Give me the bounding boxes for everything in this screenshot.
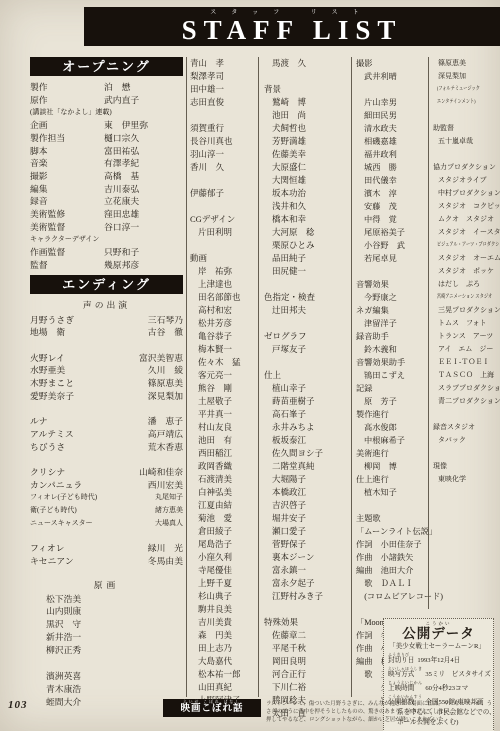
cast-row: ルナ 潘 恵子 — [30, 415, 183, 428]
credit-line: 植山幸子 — [264, 382, 348, 395]
credit-line: 芳野満雄 — [264, 135, 348, 148]
voice-actor-name — [30, 402, 183, 415]
credit-line: 政岡香織 — [190, 460, 254, 473]
credit-line: 色指定・検査 — [264, 291, 348, 304]
credit-role: 美術監督 — [30, 221, 94, 234]
credit-role: 美術監修 — [30, 208, 94, 221]
credit-line — [190, 239, 254, 252]
credit-name: 高橋 基 — [94, 170, 183, 183]
credit-line: 細田民男 — [356, 109, 428, 122]
credit-line: 大島嘉代 — [190, 655, 254, 668]
credit-name: 窪田忠雄 — [94, 208, 183, 221]
cast-row: クリシナ 山崎和佳奈 — [30, 466, 183, 479]
credit-line: 五十嵐卓哉 — [433, 135, 499, 148]
character-name: 衛(子ども時代) — [30, 504, 77, 517]
opening-credit-list: 製作 泊 懋 原作 武内直子 (講談社「なかよし」連載) 企画 東 伊里弥 — [30, 81, 183, 272]
credit-line: 伊藤郁子 — [190, 187, 254, 200]
credit-line: ＴＡＳＣＯ 上海 — [433, 369, 499, 382]
credit-line: 現像 — [433, 460, 499, 473]
credit-line — [264, 70, 348, 83]
credit-line: 尾原裕美子 — [356, 226, 428, 239]
credit-name: 有澤孝紀 — [94, 157, 183, 170]
credit-line: 亀谷恭子 — [190, 330, 254, 343]
credit-line: 駒井良美 — [190, 603, 254, 616]
credit-line: 編曲 池田大介 — [356, 564, 428, 577]
credit-line: 松下浩美 — [30, 593, 183, 606]
credit-line: スタジオ イースター — [433, 226, 499, 239]
release-data-label: 上映時間 — [388, 685, 422, 693]
credit-line — [356, 499, 428, 512]
credit-line: タバック — [433, 434, 499, 447]
voice-actor-name: 冬馬由美 — [74, 555, 183, 568]
credit-line: 原 芳子 — [356, 395, 428, 408]
voice-actor-name: 古谷 徹 — [65, 326, 183, 339]
credit-line: 上野千夏 — [190, 577, 254, 590]
credit-line: 松井芳彦 — [190, 317, 254, 330]
cast-row: 月野うさぎ 三石琴乃 — [30, 314, 183, 327]
credit-line: 柳岡 博 — [356, 460, 428, 473]
credit-line: 中得 覚 — [356, 213, 428, 226]
credit-row: 脚本 富田祐弘 — [30, 145, 183, 158]
character-name: 火野レイ — [30, 352, 65, 365]
credit-line: CGデザイン — [190, 213, 254, 226]
credit-line: 片田利明 — [190, 226, 254, 239]
credit-line: 菅野保子 — [264, 538, 348, 551]
credit-line: 濱木 淳 — [356, 187, 428, 200]
credit-line: 鷲崎 博 — [264, 96, 348, 109]
credit-line: 板坂泰江 — [264, 434, 348, 447]
character-name: フィオレ — [30, 542, 64, 555]
credit-line: 犬飼哲也 — [264, 122, 348, 135]
cast-row: 木野まこと 篠原恵美 — [30, 377, 183, 390]
character-name: ルナ — [30, 415, 48, 428]
credit-line: 黒沢 守 — [30, 618, 183, 631]
voice-actor-name: 荒木香恵 — [65, 441, 183, 454]
credit-line: 助監督 — [433, 122, 499, 135]
voice-actor-name: 富沢美智恵 — [65, 352, 183, 365]
page-title: STAFF LIST — [84, 17, 500, 44]
credit-line: 蛭間大介 — [30, 696, 183, 709]
section-header-opening: オープニング — [30, 57, 183, 76]
voice-actor-name — [30, 529, 183, 542]
character-name: 月野うさぎ — [30, 314, 74, 327]
genga-list: 松下浩美 山内則康 黒沢 守 新井浩一 柳沢正秀 濱洲英喜 青木康浩 蛭間大介 — [30, 593, 183, 709]
release-data-label: 封切り日 — [388, 657, 414, 665]
credit-line: 仕上 — [264, 369, 348, 382]
voice-actor-name: 高戸靖広 — [74, 428, 183, 441]
credit-name — [99, 233, 183, 246]
credit-line: 羽山淳一 — [190, 148, 254, 161]
cast-row — [30, 339, 183, 352]
credit-name: 東 伊里弥 — [94, 119, 183, 132]
release-data-label: 映写方式 — [388, 671, 422, 679]
credit-line: 堀井安子 — [264, 512, 348, 525]
genga-title: 原画 — [30, 579, 183, 592]
column-animators: 青山 孝梨澤孝司田中雄一志田直俊須賀重行長谷川真也羽山淳一香川 久伊藤郁子CGデ… — [190, 57, 254, 707]
credit-line: 村山友良 — [190, 421, 254, 434]
credit-line: 裏本ジーン — [264, 551, 348, 564]
voice-actor-name: 深見梨加 — [74, 390, 183, 403]
credit-line: 歌 ＤＡＬＩ — [356, 577, 428, 590]
cast-row — [30, 529, 183, 542]
credit-line: (コロムビアレコード) — [356, 590, 428, 603]
release-data-row: 「美少女戦士セーラームーンR」 — [388, 643, 489, 651]
credit-line: 濱洲英喜 — [30, 670, 183, 683]
credit-line: 平尾千秋 — [264, 642, 348, 655]
cast-row — [30, 453, 183, 466]
credit-line: 小窪久利 — [190, 551, 254, 564]
credit-line: 録音助手 — [356, 330, 428, 343]
cast-row: 火野レイ 富沢美智恵 — [30, 352, 183, 365]
credit-line: 鈴木義和 — [356, 343, 428, 356]
voice-actor-name: 山崎和佳奈 — [65, 466, 183, 479]
credit-line: 東映化学 — [433, 473, 499, 486]
credit-line: 片山幸男 — [356, 96, 428, 109]
credit-line — [264, 603, 348, 616]
column-divider — [351, 57, 352, 697]
cast-row: 水野亜美 久川 綾 — [30, 364, 183, 377]
voice-actor-name: 緒方恵美 — [77, 504, 183, 517]
credit-line: 中根麻希子 — [356, 434, 428, 447]
credit-line: 江野村みき子 — [264, 590, 348, 603]
credit-line: 梨澤孝司 — [190, 70, 254, 83]
credit-line: 下川仁裕 — [264, 681, 348, 694]
credit-line: スタジオ オーエム — [433, 252, 499, 265]
voice-actor-name: 潘 恵子 — [48, 415, 183, 428]
release-data-row: えいしゃほうしき 映写方式 35ミリ ビスタサイズ — [388, 667, 489, 679]
credit-line: 篠原恵美 — [433, 57, 499, 70]
credit-line — [190, 109, 254, 122]
credit-role: 脚本 — [30, 145, 94, 158]
trivia-caption: ラストシーンで、傷ついた月野うさぎに、みんなが抱きつく場面に注目。マーキュリーが… — [266, 700, 496, 724]
credit-line: 栗原ひとみ — [264, 239, 348, 252]
credit-role: 撮影 — [30, 170, 94, 183]
credit-line: 音響効果助手 — [356, 356, 428, 369]
cast-row: 地場 衛 古谷 徹 — [30, 326, 183, 339]
credit-line: ネガ編集 — [356, 304, 428, 317]
credit-line: 西田稲江 — [190, 447, 254, 460]
credit-role: 音楽 — [30, 157, 94, 170]
credit-line: 吉川美貴 — [190, 616, 254, 629]
credit-line: ムクオ スタジオ — [433, 213, 499, 226]
page-number: 103 — [8, 699, 28, 711]
credit-name: 幾原邦彦 — [94, 259, 183, 272]
credit-line: 佐藤章二 — [264, 629, 348, 642]
credit-line: 大河原 稔 — [264, 226, 348, 239]
credit-role: 企画 — [30, 119, 94, 132]
release-data-value: 35ミリ ビスタサイズ — [425, 671, 490, 679]
cast-list: 月野うさぎ 三石琴乃 地場 衛 古谷 徹 火野レイ 富沢美智恵 — [30, 314, 183, 568]
credit-line: 小谷野 武 — [356, 239, 428, 252]
credit-line: 本橋政江 — [264, 486, 348, 499]
cast-row: 愛野美奈子 深見梨加 — [30, 390, 183, 403]
credit-line: 美術進行 — [356, 447, 428, 460]
credit-line: 津留洋子 — [356, 317, 428, 330]
character-name: 水野亜美 — [30, 364, 65, 377]
credit-line: 長谷川真也 — [190, 135, 254, 148]
credit-line: 岸 祐弥 — [190, 265, 254, 278]
credit-line: 須賀重行 — [190, 122, 254, 135]
character-name: アルテミス — [30, 428, 74, 441]
credit-line: 青木康浩 — [30, 683, 183, 696]
credit-line: 熊谷 剛 — [190, 382, 254, 395]
credit-line: 富永鎮一 — [264, 564, 348, 577]
credit-line: 田上志乃 — [190, 642, 254, 655]
credit-line: 坂本功治 — [264, 187, 348, 200]
credit-line: 高村和宏 — [190, 304, 254, 317]
credit-line: 田尻健一 — [264, 265, 348, 278]
cast-row: アルテミス 高戸靖広 — [30, 428, 183, 441]
credit-role: 監督 — [30, 259, 94, 272]
credit-line: 作曲 小諸鉄矢 — [356, 551, 428, 564]
credit-row: 製作 泊 懋 — [30, 81, 183, 94]
credit-line: 城西 勝 — [356, 161, 428, 174]
credit-row: 美術監督 谷口淳一 — [30, 221, 183, 234]
cast-row: キセニアン 冬馬由美 — [30, 555, 183, 568]
credit-line: 吉沢啓子 — [264, 499, 348, 512]
credit-line: 土屋敬子 — [190, 395, 254, 408]
credit-line: 富永夕起子 — [264, 577, 348, 590]
release-data-title: 公開データ — [388, 626, 489, 641]
credit-line: 山田真紀 — [190, 681, 254, 694]
credit-role: 編集 — [30, 183, 94, 196]
credit-line: 戸塚友子 — [264, 343, 348, 356]
voice-actor-name: 三石琴乃 — [74, 314, 183, 327]
credit-name: 只野和子 — [94, 246, 183, 259]
credit-line: 相磯嘉雄 — [356, 135, 428, 148]
credit-role: 製作 — [30, 81, 94, 94]
credit-role: 原作 — [30, 94, 94, 107]
credit-name: 谷口淳一 — [94, 221, 183, 234]
trivia-caption-line1: ラストシーンで、傷ついた月野うさぎに、みんなが抱きつく場面に注目。マーキュリーが… — [266, 700, 496, 716]
credit-line: 森 円美 — [190, 629, 254, 642]
credit-line: 大原盛仁 — [264, 161, 348, 174]
credit-line: 背景 — [264, 83, 348, 96]
credit-role: (講談社「なかよし」連載) — [30, 106, 112, 119]
character-name: カンパニュラ — [30, 479, 82, 492]
credit-line: 山内則康 — [30, 605, 183, 618]
credit-line: 河合正行 — [264, 668, 348, 681]
credit-row: 製作担当 樋口宗久 — [30, 132, 183, 145]
credit-line: スタジオライブ — [433, 174, 499, 187]
column-divider — [186, 57, 187, 697]
release-data-label: 「美少女戦士セーラームーンR」 — [389, 643, 485, 651]
credit-line: 蒔苗亜樹子 — [264, 395, 348, 408]
credit-name: 武内直子 — [94, 94, 183, 107]
credit-line: 岡田良明 — [264, 655, 348, 668]
credit-line: 石渡清美 — [190, 473, 254, 486]
voice-actor-name: 篠原恵美 — [74, 377, 183, 390]
column-main-credits: オープニング 製作 泊 懋 原作 武内直子 (講談社「なかよし」連載) — [30, 57, 183, 709]
voice-actor-name: 大場真人 — [93, 517, 183, 530]
credit-line — [433, 148, 499, 161]
voice-actor-name: 丸尾知子 — [97, 491, 183, 504]
credit-line — [433, 408, 499, 421]
credit-line: 若尾卓見 — [356, 252, 428, 265]
credit-line: 香川 久 — [190, 161, 254, 174]
credit-line: 今野康之 — [356, 291, 428, 304]
credit-line: はだし ぷろ — [433, 278, 499, 291]
cast-row: 衛(子ども時代) 緒方恵美 — [30, 504, 183, 517]
credit-line: 田中雄一 — [190, 83, 254, 96]
voice-actor-name — [30, 453, 183, 466]
credit-line — [190, 200, 254, 213]
character-name: キセニアン — [30, 555, 74, 568]
credit-line — [356, 603, 428, 616]
credit-line: 製作進行 — [356, 408, 428, 421]
credit-line: 倉田綾子 — [190, 525, 254, 538]
credit-line: 深見梨加 — [433, 70, 499, 83]
credit-line: 品田純子 — [264, 252, 348, 265]
credit-line: 志田直俊 — [190, 96, 254, 109]
credit-line: 田名部節也 — [190, 291, 254, 304]
credit-row: (講談社「なかよし」連載) — [30, 106, 183, 119]
credit-row: 企画 東 伊里弥 — [30, 119, 183, 132]
credit-line: 特殊効果 — [264, 616, 348, 629]
credit-name: 富田祐弘 — [94, 145, 183, 158]
credit-line: 新井浩一 — [30, 631, 183, 644]
credit-line: 安藤 茂 — [356, 200, 428, 213]
column-divider — [258, 57, 259, 697]
credit-row: キャラクターデザイン — [30, 233, 183, 246]
credit-line: 記録 — [356, 382, 428, 395]
credit-row: 監督 幾原邦彦 — [30, 259, 183, 272]
credit-line: 瀬口愛子 — [264, 525, 348, 538]
credit-line: スタジオ ポッケ — [433, 265, 499, 278]
credit-line: 高水俊郎 — [356, 421, 428, 434]
credit-row: 録音 立花康夫 — [30, 195, 183, 208]
credit-line: 佐藤美幸 — [264, 148, 348, 161]
credit-line: 「ムーンライト伝説」 — [356, 525, 428, 538]
credit-name: 吉川泰弘 — [94, 183, 183, 196]
credit-line: 上津達也 — [190, 278, 254, 291]
credit-line: 佐久間ヨシ子 — [264, 447, 348, 460]
voice-actor-name — [30, 339, 183, 352]
credit-line: 福井政利 — [356, 148, 428, 161]
character-name: ちびうさ — [30, 441, 65, 454]
title-banner: スタッフ リスト STAFF LIST — [84, 7, 500, 46]
credit-line: スタジオ コクピット — [433, 200, 499, 213]
credit-line: 宮崎アニメーション スタジオ — [433, 291, 484, 304]
voice-actor-name: 緑川 光 — [64, 542, 183, 555]
credit-line — [433, 447, 499, 460]
credit-line — [264, 356, 348, 369]
credit-line: 江夏由結 — [190, 499, 254, 512]
credit-row: 作画監督 只野和子 — [30, 246, 183, 259]
credit-line: ＥＥＩ-ＴＯＥＩ — [433, 356, 499, 369]
credit-line: 池田 尚 — [264, 109, 348, 122]
credit-role: 製作担当 — [30, 132, 94, 145]
release-data-value: 1993年12月4日 — [417, 657, 460, 665]
column-divider — [428, 57, 429, 609]
credit-line — [30, 657, 183, 670]
credit-line — [264, 317, 348, 330]
cast-row — [30, 402, 183, 415]
release-data-value: 60分4秒23コマ — [425, 685, 468, 693]
credit-line: 菊池 愛 — [190, 512, 254, 525]
credit-line: 白神弘美 — [190, 486, 254, 499]
section-header-ending: エンディング — [30, 275, 183, 294]
credit-line: 池田 有 — [190, 434, 254, 447]
credit-line: 辻田邦夫 — [264, 304, 348, 317]
credit-line: 武井利晴 — [356, 70, 428, 83]
credit-line: 中村プロダクション — [433, 187, 499, 200]
credit-line — [190, 174, 254, 187]
cast-row: フィオレ 緑川 光 — [30, 542, 183, 555]
credit-line: 三晃プロダクション — [433, 304, 499, 317]
credit-name — [112, 106, 183, 119]
credit-line: 音響効果 — [356, 278, 428, 291]
credit-line: 青山 孝 — [190, 57, 254, 70]
credit-line: 録音スタジオ — [433, 421, 499, 434]
character-name: 木野まこと — [30, 377, 74, 390]
column-background-finish: 馬渡 久背景鷲崎 博池田 尚犬飼哲也芳野満雄佐藤美幸大原盛仁大関恒雄坂本功治浅井… — [264, 57, 348, 720]
credit-line: 高石峯子 — [264, 408, 348, 421]
credit-line: (フォルテミュージック — [433, 83, 484, 96]
character-name: クリシナ — [30, 466, 65, 479]
movie-trivia-title: 映画こぼれ話 — [163, 704, 261, 715]
credit-line: 橋本和幸 — [264, 213, 348, 226]
credit-line — [264, 278, 348, 291]
release-data-row: ふうきりび 封切り日 1993年12月4日 — [388, 653, 489, 665]
column-studios: 篠原恵美深見梨加(フォルテミュージックエンタテインメント)助監督五十嵐卓哉協力プ… — [433, 57, 499, 486]
credit-line — [433, 109, 499, 122]
credit-line: 主題歌 — [356, 512, 428, 525]
credit-line: 清水政夫 — [356, 122, 428, 135]
credit-line: 二階堂真純 — [264, 460, 348, 473]
credit-name: 立花康夫 — [94, 195, 183, 208]
credit-row: 原作 武内直子 — [30, 94, 183, 107]
character-name: 地場 衛 — [30, 326, 65, 339]
voice-actor-name: 西川宏美 — [82, 479, 183, 492]
credit-role: キャラクターデザイン — [30, 233, 99, 246]
credit-row: 美術監修 窪田忠雄 — [30, 208, 183, 221]
credit-line: アイ エム ジー — [433, 343, 499, 356]
credit-line: 田代儀幸 — [356, 174, 428, 187]
column-photography-songs: 撮影武井利晴片山幸男細田民男清水政夫相磯嘉雄福井政利城西 勝田代儀幸濱木 淳安藤… — [356, 57, 428, 707]
cast-row: ニュースキャスター 大場真人 — [30, 517, 183, 530]
credit-line: 寺尾優佳 — [190, 564, 254, 577]
character-name: フィオレ(子ども時代) — [30, 491, 97, 504]
credit-name: 樋口宗久 — [94, 132, 183, 145]
credit-line: エンタテインメント) — [433, 96, 484, 109]
credit-line: 協力プロダクション — [433, 161, 499, 174]
credit-line: 作詞 小田佳奈子 — [356, 538, 428, 551]
credit-line: ゼログラフ — [264, 330, 348, 343]
credit-line: 尾島浩子 — [190, 538, 254, 551]
credit-line: 馬渡 久 — [264, 57, 348, 70]
credit-line: 動画 — [190, 252, 254, 265]
release-data-row: じょうえいじかん 上映時間 60分4秒23コマ — [388, 681, 489, 693]
credit-line: 大堀陽子 — [264, 473, 348, 486]
credit-role: 録音 — [30, 195, 94, 208]
credit-row: 音楽 有澤孝紀 — [30, 157, 183, 170]
movie-trivia-box: えいが こぼれ ばなし 映画こぼれ話 — [163, 699, 261, 717]
cast-row: カンパニュラ 西川宏美 — [30, 479, 183, 492]
credit-line: 永井みちよ — [264, 421, 348, 434]
character-name: 愛野美奈子 — [30, 390, 74, 403]
staff-list-page: スタッフ リスト STAFF LIST オープニング 製作 泊 懋 原作 武内直… — [0, 0, 500, 731]
credit-line: 梅本賢一 — [190, 343, 254, 356]
credit-line: 松本祐一郎 — [190, 668, 254, 681]
credit-line: 撮影 — [356, 57, 428, 70]
credit-name: 泊 懋 — [94, 81, 183, 94]
voice-actor-name: 久川 綾 — [65, 364, 183, 377]
credit-line: 客元亮一 — [190, 369, 254, 382]
credit-line: トランス アーツ — [433, 330, 499, 343]
credit-line: 浅井和久 — [264, 200, 348, 213]
credit-line: 佐々木 猛 — [190, 356, 254, 369]
